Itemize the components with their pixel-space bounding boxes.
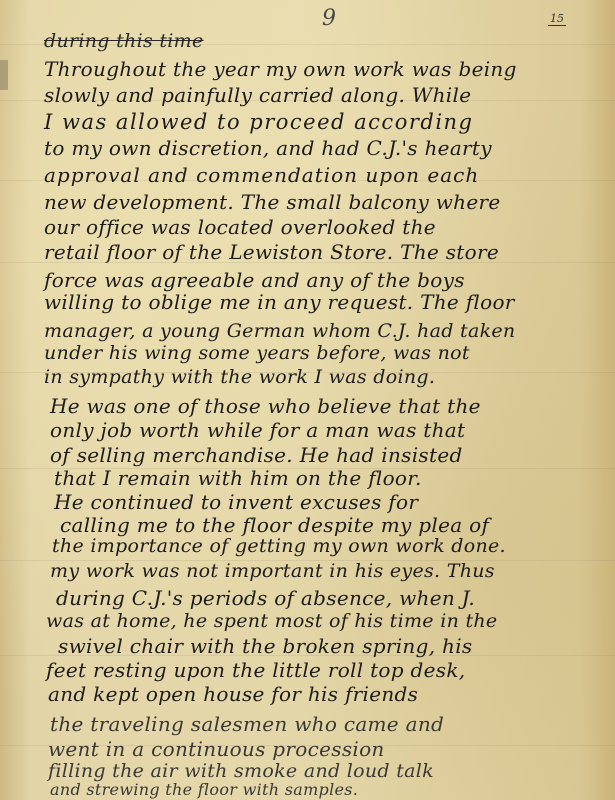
manuscript-line: only job worth while for a man was that	[50, 418, 465, 442]
manuscript-page: 9 15 during this time Throughout the yea…	[0, 0, 615, 800]
manuscript-line: swivel chair with the broken spring, his	[58, 634, 472, 658]
manuscript-line: in sympathy with the work I was doing.	[44, 366, 435, 388]
manuscript-line: I was allowed to proceed according	[44, 110, 474, 134]
manuscript-line: willing to oblige me in any request. The…	[44, 290, 515, 314]
manuscript-line: of selling merchandise. He had insisted	[50, 443, 463, 467]
manuscript-line: retail floor of the Lewiston Store. The …	[44, 240, 499, 264]
manuscript-line: during C.J.'s periods of absence, when J…	[56, 586, 475, 610]
manuscript-line: manager, a young German whom C.J. had ta…	[44, 320, 515, 342]
manuscript-line: the traveling salesmen who came and	[50, 712, 444, 736]
manuscript-line: He was one of those who believe that the	[50, 394, 481, 418]
manuscript-line: and strewing the floor with samples.	[50, 780, 358, 799]
manuscript-line: He continued to invent excuses for	[54, 490, 418, 514]
manuscript-line: new development. The small balcony where	[44, 190, 501, 214]
manuscript-line: that I remain with him on the floor.	[54, 466, 422, 490]
manuscript-line: filling the air with smoke and loud talk	[48, 760, 434, 782]
manuscript-line: feet resting upon the little roll top de…	[46, 658, 465, 682]
manuscript-line: my work was not important in his eyes. T…	[50, 560, 495, 582]
manuscript-line: during this time	[44, 30, 204, 52]
page-number: 15	[548, 12, 566, 26]
manuscript-line: approval and commendation upon each	[44, 163, 479, 187]
manuscript-line: to my own discretion, and had C.J.'s hea…	[44, 136, 492, 160]
manuscript-line: force was agreeable and any of the boys	[44, 268, 465, 292]
manuscript-line: slowly and painfully carried along. Whil…	[44, 83, 471, 107]
manuscript-line: went in a continuous procession	[48, 737, 385, 761]
manuscript-line: and kept open house for his friends	[48, 682, 418, 706]
manuscript-line: our office was located overlooked the	[44, 215, 436, 239]
manuscript-line: Throughout the year my own work was bein…	[44, 57, 517, 81]
manuscript-line: calling me to the floor despite my plea …	[60, 513, 489, 537]
manuscript-line: the importance of getting my own work do…	[52, 535, 506, 557]
manuscript-line: was at home, he spent most of his time i…	[46, 610, 497, 632]
folio-mark: 9	[322, 6, 336, 31]
paper-stain	[0, 60, 8, 90]
manuscript-line: under his wing some years before, was no…	[44, 342, 470, 364]
